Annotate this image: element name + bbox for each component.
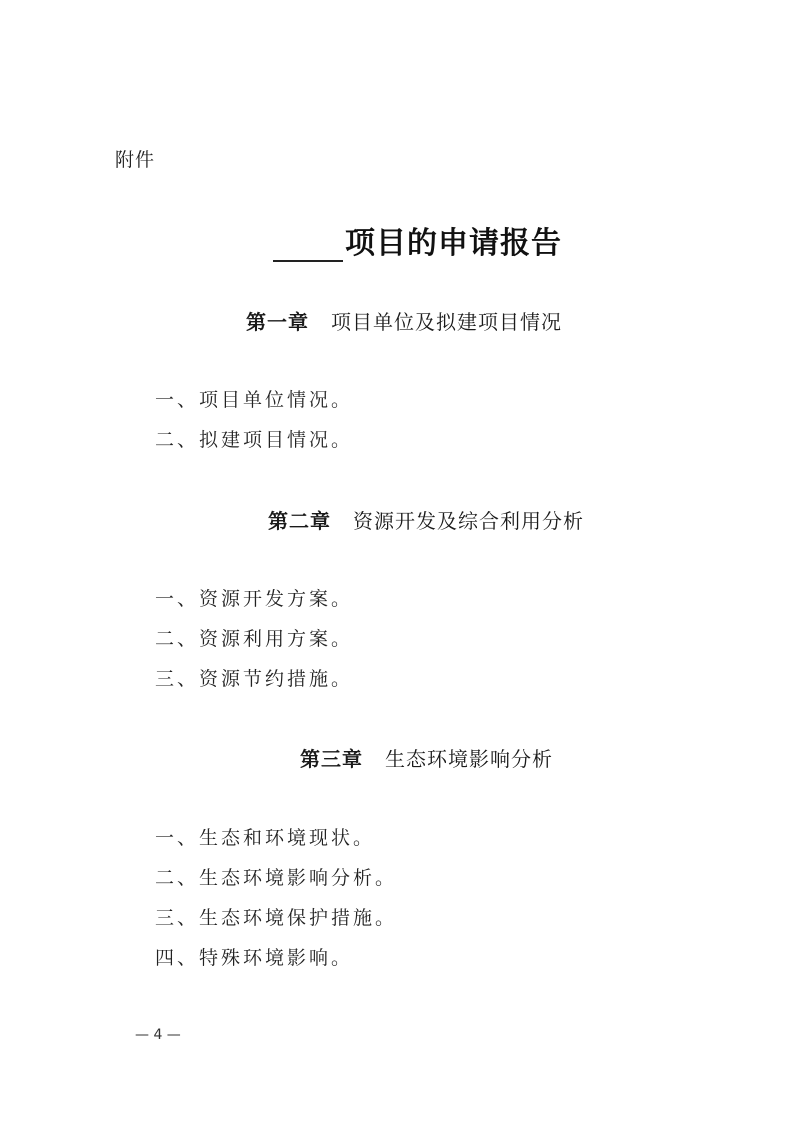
chapter-heading-2: 第二章资源开发及综合利用分析 [268,505,584,534]
list-item: 一、资源开发方案。 [155,584,353,611]
document-title: 项目的申请报告 [273,218,562,262]
chapter-number: 第二章 [268,509,331,533]
chapter-number: 第一章 [246,310,309,334]
page-number: — 4 — [135,1027,181,1043]
list-item: 三、资源节约措施。 [155,664,353,691]
list-item: 三、生态环境保护措施。 [155,903,397,930]
chapter-title: 资源开发及综合利用分析 [353,509,584,533]
list-item: 一、生态和环境现状。 [155,823,375,850]
list-item: 一、项目单位情况。 [155,385,353,412]
list-item: 二、拟建项目情况。 [155,425,353,452]
chapter-heading-1: 第一章项目单位及拟建项目情况 [246,306,562,335]
list-item: 四、特殊环境影响。 [155,943,353,970]
project-name-blank [273,234,343,262]
list-item: 二、生态环境影响分析。 [155,863,397,890]
list-item: 二、资源利用方案。 [155,624,353,651]
attachment-label: 附件 [115,145,155,172]
chapter-title: 项目单位及拟建项目情况 [331,310,562,334]
chapter-heading-3: 第三章生态环境影响分析 [300,743,553,772]
chapter-title: 生态环境影响分析 [385,747,553,771]
chapter-number: 第三章 [300,747,363,771]
document-title-text: 项目的申请报告 [345,218,562,262]
